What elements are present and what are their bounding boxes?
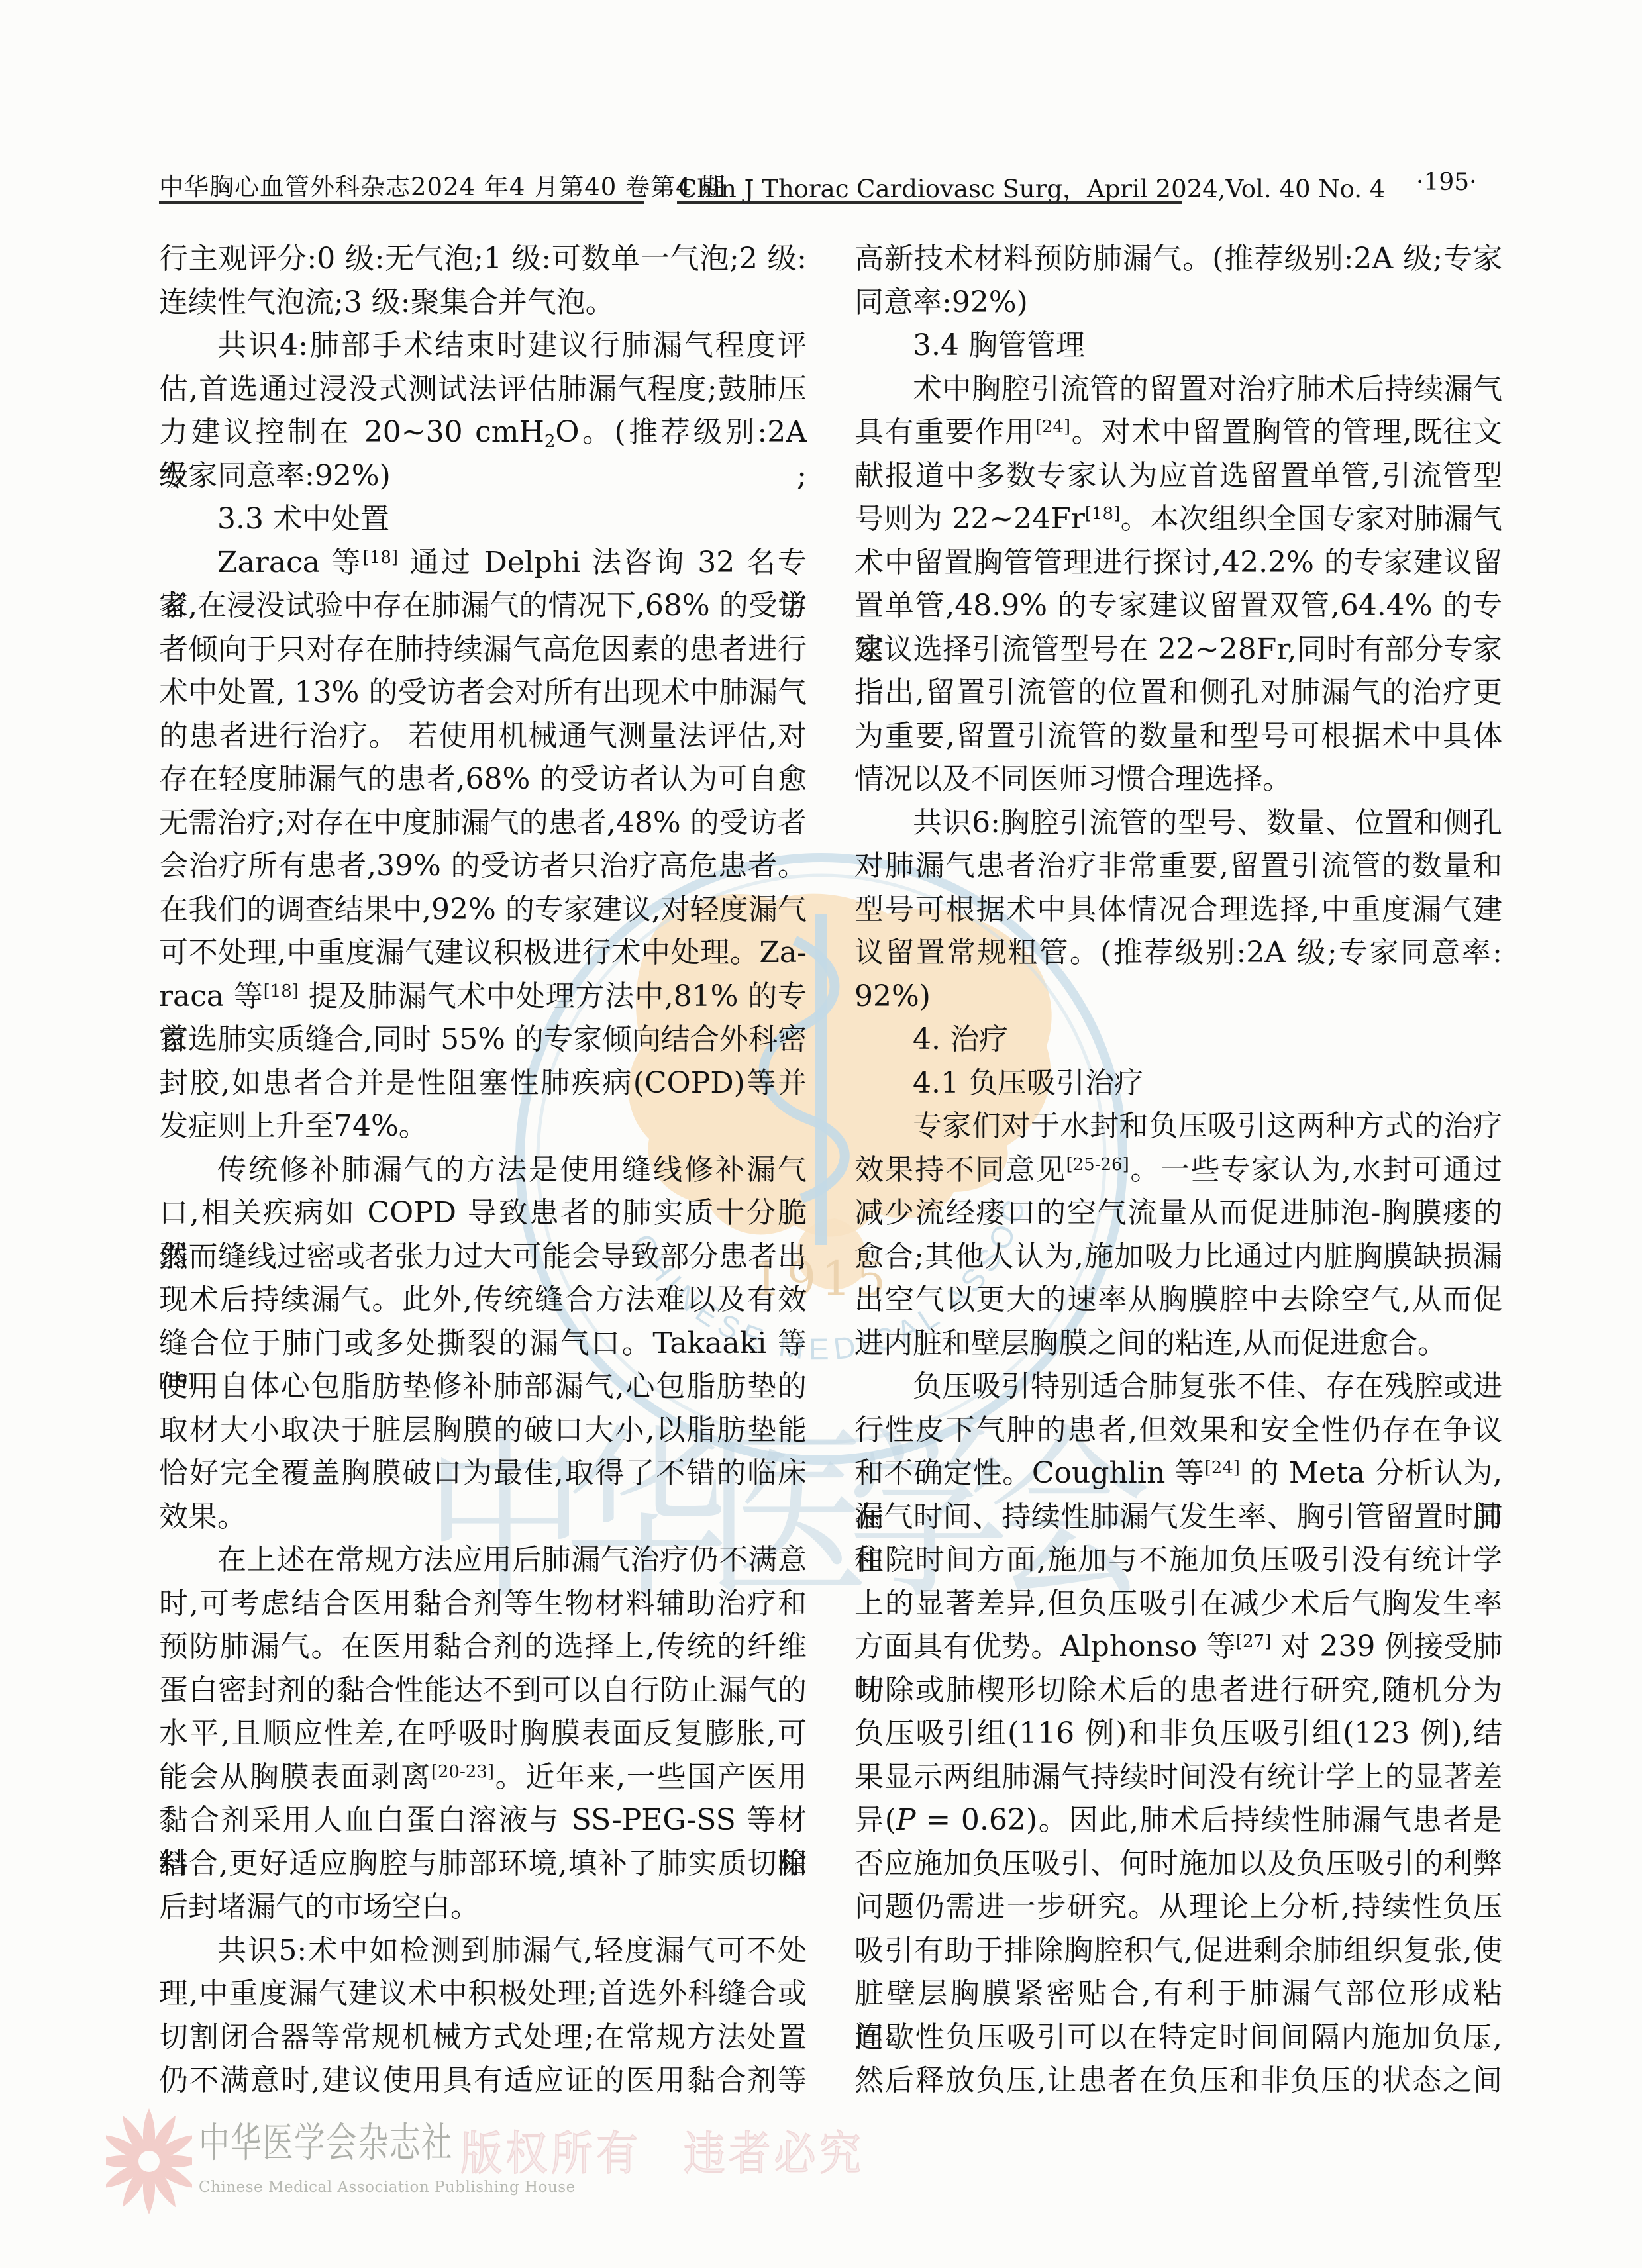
text-line: 建议选择引流管型号在 22~28Fr,同时有部分专家 xyxy=(854,628,1502,671)
text-line: raca 等[18] 提及肺漏气术中处理方法中,81% 的专家 xyxy=(159,975,807,1018)
text-line: 高新技术材料预防肺漏气。(推荐级别:2A 级;专家 xyxy=(854,237,1502,281)
text-line: 同意率:92%) xyxy=(854,281,1502,324)
text-line: 者倾向于只对存在肺持续漏气高危因素的患者进行 xyxy=(159,628,807,671)
publisher-name-cn: 中华医学会杂志社 xyxy=(199,2110,453,2169)
text-line: 3.4 胸管管理 xyxy=(854,324,1502,368)
text-line: 3.3 术中处置 xyxy=(159,497,807,541)
text-line: 漏气时间、持续性肺漏气发生率、胸引管留置时间和 xyxy=(854,1495,1502,1539)
text-line: 现术后持续漏气。此外,传统缝合方法难以及有效 xyxy=(159,1278,807,1322)
text-line: 愈合;其他人认为,施加吸力比通过内脏胸膜缺损漏 xyxy=(854,1235,1502,1279)
text-line: 力建议控制在 20~30 cmH2O。(推荐级别:2A 级; xyxy=(159,411,807,454)
text-line: 对肺漏气患者治疗非常重要,留置引流管的数量和 xyxy=(854,844,1502,888)
text-line: 92%) xyxy=(854,975,1502,1018)
header-rule-left xyxy=(159,201,644,204)
text-line: 会治疗所有患者,39% 的受访者只治疗高危患者。 xyxy=(159,844,807,888)
text-line: 切割闭合器等常规机械方式处理;在常规方法处置 xyxy=(159,2016,807,2059)
text-line: 存在轻度肺漏气的患者,68% 的受访者认为可自愈 xyxy=(159,758,807,801)
text-line: 术中留置胸管管理进行探讨,42.2% 的专家建议留 xyxy=(854,541,1502,585)
text-line: 缝合位于肺门或多处撕裂的漏气口。Takaaki 等[19] xyxy=(159,1322,807,1365)
text-line: 减少流经瘘口的空气流量从而促进肺泡-胸膜瘘的 xyxy=(854,1191,1502,1235)
text-line: 结合,更好适应胸腔与肺部环境,填补了肺实质切除 xyxy=(159,1842,807,1886)
text-line: 时,可考虑结合医用黏合剂等生物材料辅助治疗和 xyxy=(159,1582,807,1626)
text-line: 共识4:肺部手术结束时建议行肺漏气程度评 xyxy=(159,324,807,368)
text-line: 术中处置, 13% 的受访者会对所有出现术中肺漏气 xyxy=(159,671,807,715)
text-line: 发症则上升至74%。 xyxy=(159,1105,807,1148)
text-line: 进内脏和壁层胸膜之间的粘连,从而促进愈合。 xyxy=(854,1322,1502,1365)
text-line: 负压吸引组(116 例)和非负压吸引组(123 例),结 xyxy=(854,1712,1502,1755)
text-line: 为重要,留置引流管的数量和型号可根据术中具体 xyxy=(854,715,1502,758)
text-line: 可不处理,中重度漏气建议积极进行术中处理。Za- xyxy=(159,931,807,975)
text-line: 连续性气泡流;3 级:聚集合并气泡。 xyxy=(159,281,807,324)
text-line: 后封堵漏气的市场空白。 xyxy=(159,1885,807,1929)
header-rule-right xyxy=(677,201,1182,204)
text-line: 共识6:胸腔引流管的型号、数量、位置和侧孔 xyxy=(854,801,1502,845)
text-line: 4. 治疗 xyxy=(854,1018,1502,1061)
text-line: 黏合剂采用人血白蛋白溶液与 SS-PEG-SS 等材料相 xyxy=(159,1799,807,1842)
text-line: 能会从胸膜表面剥离[20-23]。近年来,一些国产医用 xyxy=(159,1755,807,1799)
text-line: 型号可根据术中具体情况合理选择,中重度漏气建 xyxy=(854,888,1502,932)
text-line: 问题仍需进一步研究。从理论上分析,持续性负压 xyxy=(854,1885,1502,1929)
text-line: 恰好完全覆盖胸膜破口为最佳,取得了不错的临床 xyxy=(159,1452,807,1495)
text-line: 指出,留置引流管的位置和侧孔对肺漏气的治疗更 xyxy=(854,671,1502,715)
text-line: 具有重要作用[24]。对术中留置胸管的管理,既往文 xyxy=(854,411,1502,454)
text-line: 吸引有助于排除胸腔积气,促进剩余肺组织复张,使 xyxy=(854,1929,1502,1973)
text-line: 效果。 xyxy=(159,1495,807,1539)
text-line: 方面具有优势。Alphonso 等[27] 对 239 例接受肺叶 xyxy=(854,1625,1502,1669)
text-line: 口,相关疾病如 COPD 导致患者的肺实质十分脆弱, xyxy=(159,1191,807,1235)
text-line: 封胶,如患者合并是性阻塞性肺疾病(COPD)等并 xyxy=(159,1061,807,1105)
text-line: 议留置常规粗管。(推荐级别:2A 级;专家同意率: xyxy=(854,931,1502,975)
text-line: 仍不满意时,建议使用具有适应证的医用黏合剂等 xyxy=(159,2059,807,2102)
text-line: 献报道中多数专家认为应首选留置单管,引流管型 xyxy=(854,454,1502,498)
text-line: 专家们对于水封和负压吸引这两种方式的治疗 xyxy=(854,1105,1502,1148)
text-line: 异(P = 0.62)。因此,肺术后持续性肺漏气患者是 xyxy=(854,1799,1502,1842)
text-line: 然而缝线过密或者张力过大可能会导致部分患者出 xyxy=(159,1235,807,1279)
journal-title-en: Chin J Thorac Cardiovasc Surg，April 2024… xyxy=(678,169,1385,205)
text-line: 使用自体心包脂肪垫修补肺部漏气,心包脂肪垫的 xyxy=(159,1365,807,1408)
text-line: 行主观评分:0 级:无气泡;1 级:可数单一气泡;2 级: xyxy=(159,237,807,281)
publisher-flower-logo xyxy=(106,2104,192,2218)
text-line: 号则为 22~24Fr[18]。本次组织全国专家对肺漏气 xyxy=(854,497,1502,541)
text-line: 间歇性负压吸引可以在特定时间间隔内施加负压, xyxy=(854,2016,1502,2059)
text-line: Zaraca 等[18] 通过 Delphi 法咨询 32 名专家学 xyxy=(159,541,807,585)
text-line: 效果持不同意见[25-26]。一些专家认为,水封可通过 xyxy=(854,1148,1502,1192)
text-line: 传统修补肺漏气的方法是使用缝线修补漏气 xyxy=(159,1148,807,1192)
text-line: 理,中重度漏气建议术中积极处理;首选外科缝合或 xyxy=(159,1972,807,2016)
journal-page: { "header": { "journal_cn": "中华胸心血管外科杂志2… xyxy=(0,0,1642,2268)
text-line: 共识5:术中如检测到肺漏气,轻度漏气可不处 xyxy=(159,1929,807,1973)
text-line: 然后释放负压,让患者在负压和非负压的状态之间 xyxy=(854,2059,1502,2102)
text-line: 在上述在常规方法应用后肺漏气治疗仍不满意 xyxy=(159,1538,807,1582)
page-number: ·195· xyxy=(1416,169,1477,196)
text-line: 估,首选通过浸没式测试法评估肺漏气程度;鼓肺压 xyxy=(159,368,807,411)
text-line: 置单管,48.9% 的专家建议留置双管,64.4% 的专家 xyxy=(854,584,1502,628)
text-line: 脏壁层胸膜紧密贴合,有利于肺漏气部位形成粘连。 xyxy=(854,1972,1502,2016)
text-line: 者,在浸没试验中存在肺漏气的情况下,68% 的受访 xyxy=(159,584,807,628)
left-column: 行主观评分:0 级:无气泡;1 级:可数单一气泡;2 级:连续性气泡流;3 级:… xyxy=(159,237,807,2102)
text-line: 预防肺漏气。在医用黏合剂的选择上,传统的纤维 xyxy=(159,1625,807,1669)
text-line: 住院时间方面,施加与不施加负压吸引没有统计学 xyxy=(854,1538,1502,1582)
right-column: 高新技术材料预防肺漏气。(推荐级别:2A 级;专家同意率:92%)3.4 胸管管… xyxy=(854,237,1502,2102)
journal-title-cn: 中华胸心血管外科杂志2024 年4 月第40 卷第4 期 xyxy=(159,167,725,203)
text-line: 负压吸引特别适合肺复张不佳、存在残腔或进 xyxy=(854,1365,1502,1408)
text-line: 情况以及不同医师习惯合理选择。 xyxy=(854,758,1502,801)
text-line: 否应施加负压吸引、何时施加以及负压吸引的利弊 xyxy=(854,1842,1502,1886)
copyright-watermark: 版权所有 违者必究 xyxy=(460,2116,864,2183)
text-line: 蛋白密封剂的黏合性能达不到可以自行防止漏气的 xyxy=(159,1669,807,1712)
text-line: 首选肺实质缝合,同时 55% 的专家倾向结合外科密 xyxy=(159,1018,807,1061)
text-line: 4.1 负压吸引治疗 xyxy=(854,1061,1502,1105)
text-line: 上的显著差异,但负压吸引在减少术后气胸发生率 xyxy=(854,1582,1502,1626)
text-line: 行性皮下气肿的患者,但效果和安全性仍存在争议 xyxy=(854,1408,1502,1452)
text-line: 的患者进行治疗。 若使用机械通气测量法评估,对 xyxy=(159,715,807,758)
text-line: 在我们的调查结果中,92% 的专家建议,对轻度漏气 xyxy=(159,888,807,932)
text-line: 果显示两组肺漏气持续时间没有统计学上的显著差 xyxy=(854,1755,1502,1799)
text-line: 无需治疗;对存在中度肺漏气的患者,48% 的受访者 xyxy=(159,801,807,845)
publisher-name-en: Chinese Medical Association Publishing H… xyxy=(199,2179,576,2196)
text-line: 水平,且顺应性差,在呼吸时胸膜表面反复膨胀,可 xyxy=(159,1712,807,1755)
text-line: 切除或肺楔形切除术后的患者进行研究,随机分为 xyxy=(854,1669,1502,1712)
text-line: 和不确定性。Coughlin 等[24] 的 Meta 分析认为,在肺 xyxy=(854,1452,1502,1495)
text-line: 出空气以更大的速率从胸膜腔中去除空气,从而促 xyxy=(854,1278,1502,1322)
text-line: 取材大小取决于脏层胸膜的破口大小,以脂肪垫能 xyxy=(159,1408,807,1452)
text-line: 术中胸腔引流管的留置对治疗肺术后持续漏气 xyxy=(854,368,1502,411)
